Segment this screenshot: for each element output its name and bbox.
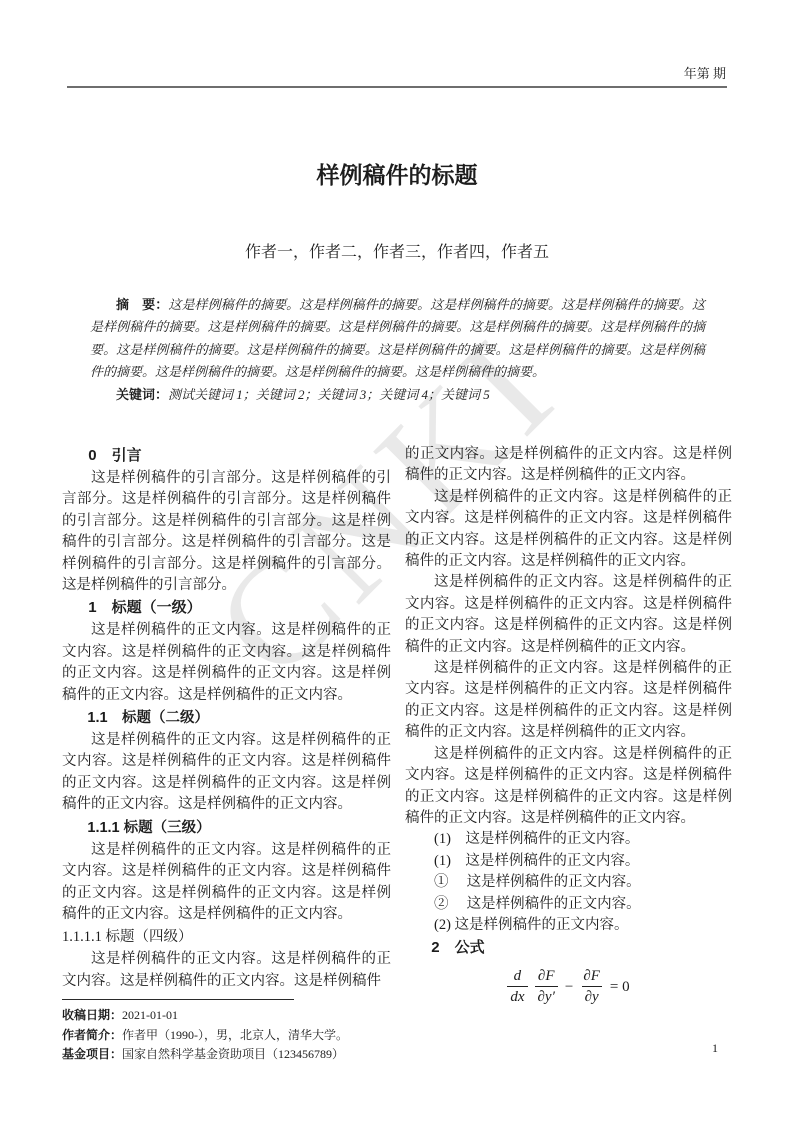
abstract-label: 摘 要：	[116, 297, 168, 312]
article-title: 样例稿件的标题	[0, 157, 794, 190]
author-bio-line: 作者简介：作者甲（1990-），男，北京人，清华大学。	[62, 1026, 402, 1046]
fraction-d-dx: ddx	[507, 967, 527, 1006]
list-item: (1) 这是样例稿件的正文内容。	[405, 829, 732, 850]
received-date-value: 2021-01-01	[122, 1008, 178, 1022]
abstract-paragraph: 摘 要：这是样例稿件的摘要。这是样例稿件的摘要。这是样例稿件的摘要。这是样例稿件…	[90, 294, 705, 384]
page-number: 1	[705, 1041, 725, 1056]
heading-level3: 1.1.1 标题（三级）	[62, 817, 391, 839]
minus-sign: −	[565, 978, 573, 996]
body-paragraph: 这是样例稿件的正文内容。这是样例稿件的正文内容。这是样例稿件的正文内容。这是样例…	[62, 620, 391, 706]
fraction-dF-dyprime: ∂F∂y′	[535, 967, 558, 1006]
footnote-rule	[62, 999, 294, 1000]
body-paragraph: 这是样例稿件的正文内容。这是样例稿件的正文内容。这是样例稿件的正文内容。这是样例…	[62, 949, 391, 992]
header-rule	[67, 86, 727, 88]
abstract-text: 这是样例稿件的摘要。这是样例稿件的摘要。这是样例稿件的摘要。这是样例稿件的摘要。…	[90, 297, 705, 379]
list-item: ② 这是样例稿件的正文内容。	[405, 894, 732, 915]
heading-intro: 0 引言	[62, 445, 391, 467]
keywords-line: 关键词：测试关键词 1；关键词 2；关键词 3；关键词 4；关键词 5	[90, 384, 705, 406]
author-bio-value: 作者甲（1990-），男，北京人，清华大学。	[122, 1028, 348, 1042]
left-column: 0 引言 这是样例稿件的引言部分。这是样例稿件的引言部分。这是样例稿件的引言部分…	[62, 444, 391, 992]
intro-paragraph: 这是样例稿件的引言部分。这是样例稿件的引言部分。这是样例稿件的引言部分。这是样例…	[62, 468, 391, 596]
author-bio-label: 作者简介：	[62, 1028, 122, 1042]
fraction-dF-dy: ∂F∂y	[580, 967, 603, 1006]
heading-level4: 1.1.1.1 标题（四级）	[62, 926, 391, 948]
manuscript-page: CNKI 年第 期 样例稿件的标题 作者一，作者二，作者三，作者四，作者五 摘 …	[0, 0, 794, 1123]
body-paragraph: 这是样例稿件的正文内容。这是样例稿件的正文内容。这是样例稿件的正文内容。这是样例…	[405, 658, 732, 744]
keywords-label: 关键词：	[116, 387, 168, 402]
keywords-text: 测试关键词 1；关键词 2；关键词 3；关键词 4；关键词 5	[168, 387, 490, 402]
body-paragraph: 这是样例稿件的正文内容。这是样例稿件的正文内容。这是样例稿件的正文内容。这是样例…	[405, 487, 732, 573]
heading-formula-section: 2 公式	[405, 937, 732, 959]
authors-line: 作者一，作者二，作者三，作者四，作者五	[0, 239, 794, 262]
list-item: ① 这是样例稿件的正文内容。	[405, 872, 732, 893]
list-item: (2) 这是样例稿件的正文内容。	[405, 915, 732, 936]
body-paragraph: 这是样例稿件的正文内容。这是样例稿件的正文内容。这是样例稿件的正文内容。这是样例…	[405, 572, 732, 658]
heading-level1: 1 标题（一级）	[62, 597, 391, 619]
body-paragraph-continuation: 的正文内容。这是样例稿件的正文内容。这是样例稿件的正文内容。这是样例稿件的正文内…	[405, 444, 732, 487]
journal-issue-label: 年第 期	[684, 63, 726, 82]
body-paragraph: 这是样例稿件的正文内容。这是样例稿件的正文内容。这是样例稿件的正文内容。这是样例…	[62, 840, 391, 926]
funding-value: 国家自然科学基金资助项目（123456789）	[122, 1047, 344, 1061]
list-item: (1) 这是样例稿件的正文内容。	[405, 851, 732, 872]
funding-line: 基金项目：国家自然科学基金资助项目（123456789）	[62, 1045, 402, 1065]
euler-lagrange-equation: ddx ∂F∂y′ − ∂F∂y = 0	[405, 967, 732, 1006]
equals-zero: = 0	[610, 978, 630, 996]
footnote-block: 收稿日期：2021-01-01 作者简介：作者甲（1990-），男，北京人，清华…	[62, 999, 402, 1065]
received-date-line: 收稿日期：2021-01-01	[62, 1006, 402, 1026]
received-date-label: 收稿日期：	[62, 1008, 122, 1022]
abstract-block: 摘 要：这是样例稿件的摘要。这是样例稿件的摘要。这是样例稿件的摘要。这是样例稿件…	[90, 294, 705, 406]
body-paragraph: 这是样例稿件的正文内容。这是样例稿件的正文内容。这是样例稿件的正文内容。这是样例…	[405, 744, 732, 830]
heading-level2: 1.1 标题（二级）	[62, 707, 391, 729]
body-paragraph: 这是样例稿件的正文内容。这是样例稿件的正文内容。这是样例稿件的正文内容。这是样例…	[62, 730, 391, 816]
funding-label: 基金项目：	[62, 1047, 122, 1061]
right-column: 的正文内容。这是样例稿件的正文内容。这是样例稿件的正文内容。这是样例稿件的正文内…	[405, 444, 732, 1006]
